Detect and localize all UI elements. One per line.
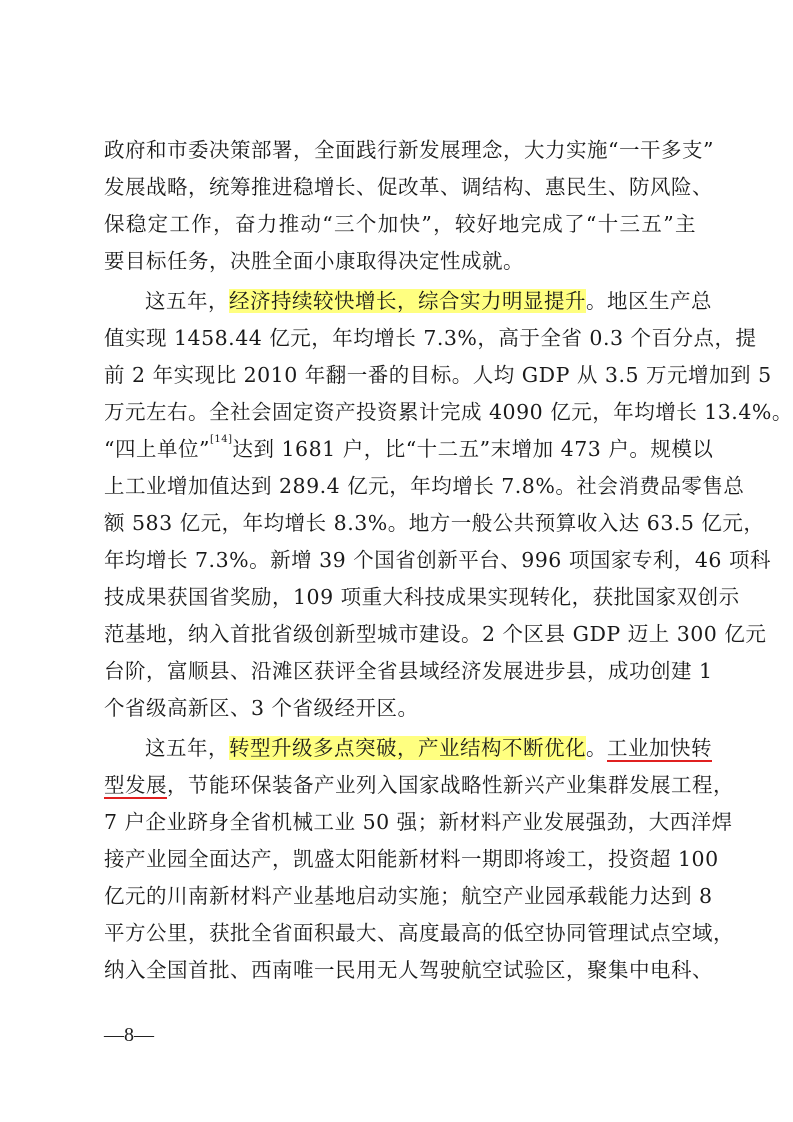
paragraph-transform: 这五年，转型升级多点突破，产业结构不断优化。工业加快转 型发展，节能环保装备产业… <box>104 730 696 989</box>
footnote-ref[interactable]: [14] <box>210 434 233 445</box>
underlined-phrase: 工业加快转 <box>607 736 712 760</box>
underlined-phrase: 型发展 <box>104 773 167 797</box>
text-line: 台阶，富顺县、沿滩区获评全省县域经济发展进步县，成功创建 1 <box>104 653 696 690</box>
text-line: 保稳定工作，奋力推动“三个加快”，较好地完成了“十三五”主 <box>104 206 696 243</box>
text-line: 前 2 年实现比 2010 年翻一番的目标。人均 GDP 从 3.5 万元增加到… <box>104 357 696 394</box>
text-line: 技成果获国省奖励，109 项重大科技成果实现转化，获批国家双创示 <box>104 579 696 616</box>
text-line: 发展战略，统筹推进稳增长、促改革、调结构、惠民生、防风险、 <box>104 169 696 206</box>
text-run: “四上单位” <box>104 437 210 461</box>
text-line: 上工业增加值达到 289.4 亿元，年均增长 7.8%。社会消费品零售总 <box>104 468 696 505</box>
text-line: 政府和市委决策部署，全面践行新发展理念，大力实施“一干多支” <box>104 132 696 169</box>
text-line: 接产业园全面达产，凯盛太阳能新材料一期即将竣工，投资超 100 <box>104 841 696 878</box>
text-line: 平方公里，获批全省面积最大、高度最高的低空协同管理试点空域， <box>104 915 696 952</box>
highlighted-heading: 经济持续较快增长，综合实力明显提升 <box>229 289 586 313</box>
text-line: 额 583 亿元，年均增长 8.3%。地方一般公共预算收入达 63.5 亿元， <box>104 505 696 542</box>
paragraph-economy: 这五年，经济持续较快增长，综合实力明显提升。地区生产总 值实现 1458.44 … <box>104 283 696 727</box>
text-line: 7 户企业跻身全省机械工业 50 强；新材料产业发展强劲，大西洋焊 <box>104 804 696 841</box>
text-line: 年均增长 7.3%。新增 39 个国省创新平台、996 项国家专利，46 项科 <box>104 542 696 579</box>
text-line: 亿元的川南新材料产业基地启动实施；航空产业园承载能力达到 8 <box>104 878 696 915</box>
paragraph-intro: 政府和市委决策部署，全面践行新发展理念，大力实施“一干多支” 发展战略，统筹推进… <box>104 132 696 280</box>
text-line: 纳入全国首批、西南唯一民用无人驾驶航空试验区，聚集中电科、 <box>104 952 696 989</box>
text-run: ，节能环保装备产业列入国家战略性新兴产业集群发展工程， <box>167 773 734 797</box>
text-line: 值实现 1458.44 亿元，年均增长 7.3%，高于全省 0.3 个百分点，提 <box>104 320 696 357</box>
page-number: —8— <box>104 1024 154 1047</box>
text-line: 个省级高新区、3 个省级经开区。 <box>104 690 696 727</box>
paragraph-lead: 这五年， <box>145 289 229 313</box>
text-run: 。 <box>586 736 607 760</box>
text-line: 这五年，经济持续较快增长，综合实力明显提升。地区生产总 <box>104 283 696 320</box>
text-line: 型发展，节能环保装备产业列入国家战略性新兴产业集群发展工程， <box>104 767 696 804</box>
text-line: “四上单位”[14]达到 1681 户，比“十二五”末增加 473 户。规模以 <box>104 431 696 468</box>
text-line: 这五年，转型升级多点突破，产业结构不断优化。工业加快转 <box>104 730 696 767</box>
text-line: 范基地，纳入首批省级创新型城市建设。2 个区县 GDP 迈上 300 亿元 <box>104 616 696 653</box>
text-line: 万元左右。全社会固定资产投资累计完成 4090 亿元，年均增长 13.4%。 <box>104 394 696 431</box>
text-run: 达到 1681 户，比“十二五”末增加 473 户。规模以 <box>233 437 714 461</box>
paragraph-lead: 这五年， <box>145 736 229 760</box>
document-page: 政府和市委决策部署，全面践行新发展理念，大力实施“一干多支” 发展战略，统筹推进… <box>104 132 696 989</box>
text-line: 要目标任务，决胜全面小康取得决定性成就。 <box>104 243 696 280</box>
text-run: 。地区生产总 <box>586 289 712 313</box>
highlighted-heading: 转型升级多点突破，产业结构不断优化 <box>229 736 586 760</box>
